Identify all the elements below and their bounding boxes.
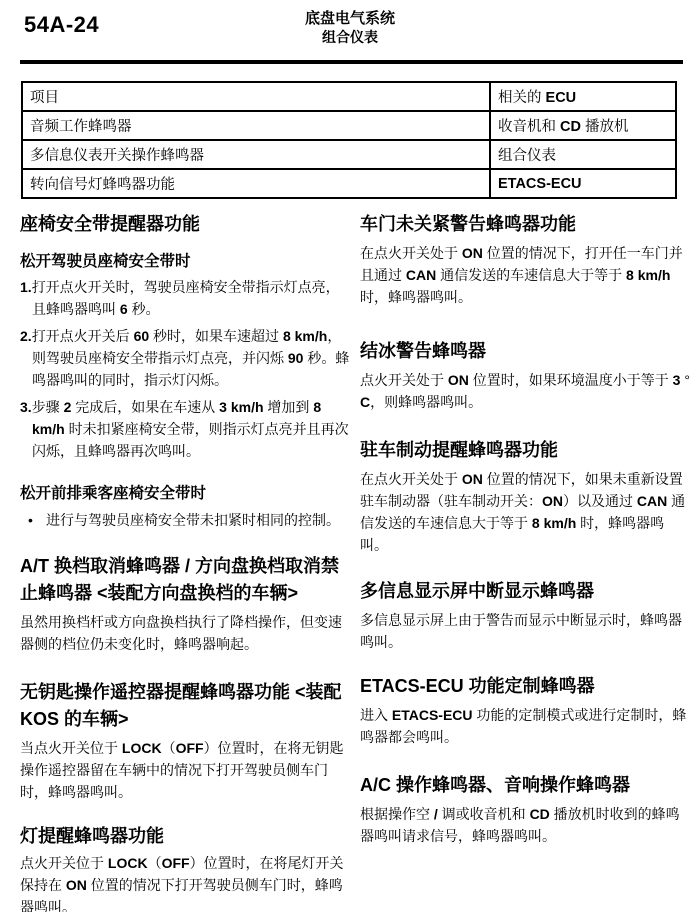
- manual-page: 54A-24 底盘电气系统 组合仪表 项目 相关的 ECU 音频工作蜂鸣器 收音…: [0, 0, 700, 912]
- column-header-item: 项目: [22, 82, 490, 111]
- cell-item: 多信息仪表开关操作蜂鸣器: [22, 140, 490, 169]
- list-item: 3.步骤 2 完成后，如果在车速从 3 km/h 增加到 8 km/h 时未扣紧…: [20, 396, 350, 462]
- paragraph-light-reminder: 点火开关位于 LOCK（OFF）位置时，在将尾灯开关保持在 ON 位置的情况下打…: [20, 852, 350, 912]
- list-item: 2.打开点火开关后 60 秒时，如果车速超过 8 km/h，则驾驶员座椅安全带指…: [20, 325, 350, 391]
- section-title: 组合仪表: [0, 28, 700, 46]
- paragraph-multi-info-display: 多信息显示屏上由于警告而显示中断显示时，蜂鸣器鸣叫。: [360, 609, 692, 653]
- paragraph-parking-brake: 在点火开关处于 ON 位置的情况下，如果未重新设置驻车制动器（驻车制动开关：ON…: [360, 468, 692, 556]
- bullet-item: • 进行与驾驶员座椅安全带未扣紧时相同的控制。: [28, 509, 350, 531]
- cell-ecu: 收音机和 CD 播放机: [490, 111, 676, 140]
- bullet-text: 进行与驾驶员座椅安全带未扣紧时相同的控制。: [46, 509, 340, 531]
- column-header-ecu: 相关的 ECU: [490, 82, 676, 111]
- left-column: 座椅安全带提醒器功能 松开驾驶员座椅安全带时 1.打开点火开关时，驾驶员座椅安全…: [20, 211, 350, 912]
- table-header-row: 项目 相关的 ECU: [22, 82, 676, 111]
- seatbelt-step-list: 1.打开点火开关时，驾驶员座椅安全带指示灯点亮，且蜂鸣器鸣叫 6 秒。 2.打开…: [20, 276, 350, 462]
- subheading-passenger-seatbelt: 松开前排乘客座椅安全带时: [20, 484, 350, 504]
- list-item: 1.打开点火开关时，驾驶员座椅安全带指示灯点亮，且蜂鸣器鸣叫 6 秒。: [20, 276, 350, 320]
- cell-item: 音频工作蜂鸣器: [22, 111, 490, 140]
- ecu-table: 项目 相关的 ECU 音频工作蜂鸣器 收音机和 CD 播放机 多信息仪表开关操作…: [21, 81, 677, 199]
- paragraph-kos-reminder: 当点火开关位于 LOCK（OFF）位置时，在将无钥匙操作遥控器留在车辆中的情况下…: [20, 737, 350, 803]
- heading-seatbelt-reminder: 座椅安全带提醒器功能: [20, 211, 350, 238]
- chapter-title: 底盘电气系统: [0, 10, 700, 28]
- table-row: 多信息仪表开关操作蜂鸣器 组合仪表: [22, 140, 676, 169]
- bullet-marker: •: [28, 509, 46, 531]
- heading-parking-brake-buzzer: 驻车制动提醒蜂鸣器功能: [360, 437, 692, 464]
- paragraph-at-shift-cancel: 虽然用换档杆或方向盘换档执行了降档操作，但变速器侧的档位仍未变化时，蜂鸣器响起。: [20, 611, 350, 655]
- page-header: 54A-24 底盘电气系统 组合仪表: [0, 0, 700, 53]
- paragraph-etacs-custom: 进入 ETACS-ECU 功能的定制模式或进行定制时，蜂鸣器都会鸣叫。: [360, 704, 692, 748]
- heading-at-shift-cancel-buzzer: A/T 换档取消蜂鸣器 / 方向盘换档取消禁止蜂鸣器 <装配方向盘换档的车辆>: [20, 553, 350, 607]
- heading-ac-audio-buzzer: A/C 操作蜂鸣器、音响操作蜂鸣器: [360, 772, 692, 799]
- right-column: 车门未关紧警告蜂鸣器功能 在点火开关处于 ON 位置的情况下，打开任一车门并且通…: [360, 211, 692, 912]
- page-number: 54A-24: [24, 12, 99, 38]
- heading-light-reminder-buzzer: 灯提醒蜂鸣器功能: [20, 823, 350, 850]
- table-row: 转向信号灯蜂鸣器功能 ETACS-ECU: [22, 169, 676, 198]
- subheading-driver-seatbelt: 松开驾驶员座椅安全带时: [20, 252, 350, 272]
- cell-ecu: ETACS-ECU: [490, 169, 676, 198]
- cell-item: 转向信号灯蜂鸣器功能: [22, 169, 490, 198]
- heading-ice-warning-buzzer: 结冰警告蜂鸣器: [360, 338, 692, 365]
- heading-kos-reminder-buzzer: 无钥匙操作遥控器提醒蜂鸣器功能 <装配 KOS 的车辆>: [20, 679, 350, 733]
- heading-etacs-custom-buzzer: ETACS-ECU 功能定制蜂鸣器: [360, 673, 692, 700]
- heading-multi-info-display-buzzer: 多信息显示屏中断显示蜂鸣器: [360, 578, 692, 605]
- header-divider: [20, 60, 683, 64]
- doc-titles: 底盘电气系统 组合仪表: [0, 10, 700, 46]
- cell-ecu: 组合仪表: [490, 140, 676, 169]
- paragraph-ac-audio: 根据操作空 / 调或收音机和 CD 播放机时收到的蜂鸣器鸣叫请求信号，蜂鸣器鸣叫…: [360, 803, 692, 847]
- paragraph-ice-warning: 点火开关处于 ON 位置时，如果环境温度小于等于 3 ° C，则蜂鸣器鸣叫。: [360, 369, 692, 413]
- two-column-body: 座椅安全带提醒器功能 松开驾驶员座椅安全带时 1.打开点火开关时，驾驶员座椅安全…: [20, 211, 700, 912]
- paragraph-door-ajar: 在点火开关处于 ON 位置的情况下，打开任一车门并且通过 CAN 通信发送的车速…: [360, 242, 692, 308]
- heading-door-ajar-buzzer: 车门未关紧警告蜂鸣器功能: [360, 211, 692, 238]
- table-row: 音频工作蜂鸣器 收音机和 CD 播放机: [22, 111, 676, 140]
